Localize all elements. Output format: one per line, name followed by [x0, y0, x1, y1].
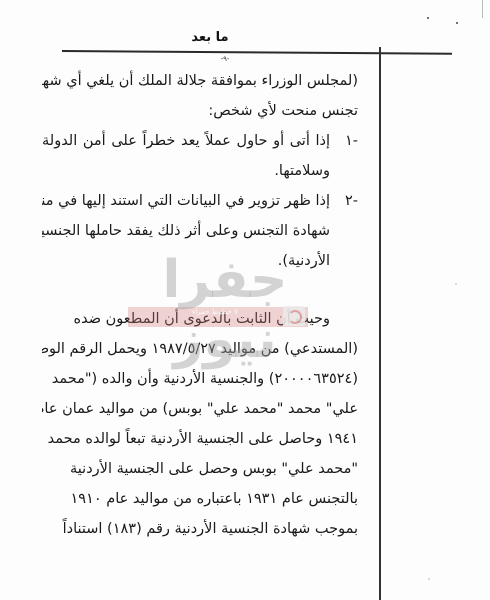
text-line: (٢٠٠٠٠٦٣٥٢٤) والجنسية الأردنية وأن والده…	[42, 364, 358, 394]
list-item-2: -٢إذا ظهر تزوير في البيانات التي استند إ…	[42, 186, 358, 216]
scan-speck	[455, 283, 457, 285]
document-body: (لمجلس الوزراء بموافقة جلالة الملك أن يل…	[42, 66, 358, 544]
section-header: ما بعد	[170, 30, 250, 45]
paragraph-gap	[42, 276, 358, 304]
list-number: -١	[330, 126, 358, 156]
text-line: الأردنية).	[42, 246, 358, 276]
scanned-document-page: ما بعد -٩- (لمجلس الوزراء بموافقة جلالة …	[0, 0, 490, 600]
text-line: (المستدعي) من مواليد ١٩٨٧/٥/٢٧ ويحمل الر…	[42, 334, 358, 364]
watermark-tagline: لا خطوط حمراء	[150, 307, 280, 317]
scan-speck	[456, 22, 458, 24]
page-number: -٩-	[210, 55, 240, 63]
list-item-text: إذا ظهر تزوير في البيانات التي استند إلي…	[42, 193, 330, 209]
text-line: "محمد علي" بوبس وحصل على الجنسية الأردني…	[42, 454, 358, 484]
text-line: (لمجلس الوزراء بموافقة جلالة الملك أن يل…	[42, 66, 358, 96]
scan-edge-mark	[482, 0, 483, 18]
watermark-logo-icon	[283, 306, 305, 326]
list-item-1: -١إذا أتى أو حاول عملاً يعد خطراً على أم…	[42, 126, 358, 156]
text-line: علي" محمد "محمد علي" بوبس) من مواليد عما…	[42, 394, 358, 424]
list-item-text: إذا أتى أو حاول عملاً يعد خطراً على أمن …	[42, 133, 330, 149]
text-line: بالتجنس عام ١٩٣١ باعتباره من مواليد عام …	[42, 484, 358, 514]
list-number: -٢	[330, 186, 358, 216]
text-line: تجنس منحت لأي شخص:	[42, 96, 358, 126]
scan-speck	[428, 578, 430, 580]
scan-speck	[427, 17, 429, 19]
margin-rule	[379, 47, 381, 600]
text-line: وسلامتها.	[42, 156, 358, 186]
text-line: بموجب شهادة الجنسية الأردنية رقم (١٨٣) ا…	[42, 514, 358, 544]
text-line: ١٩٤١ وحاصل على الجنسية الأردنية تبعاً لو…	[42, 424, 358, 454]
header-rule	[62, 50, 452, 54]
text-line: شهادة التجنس وعلى أثر ذلك يفقد حاملها ال…	[42, 216, 358, 246]
